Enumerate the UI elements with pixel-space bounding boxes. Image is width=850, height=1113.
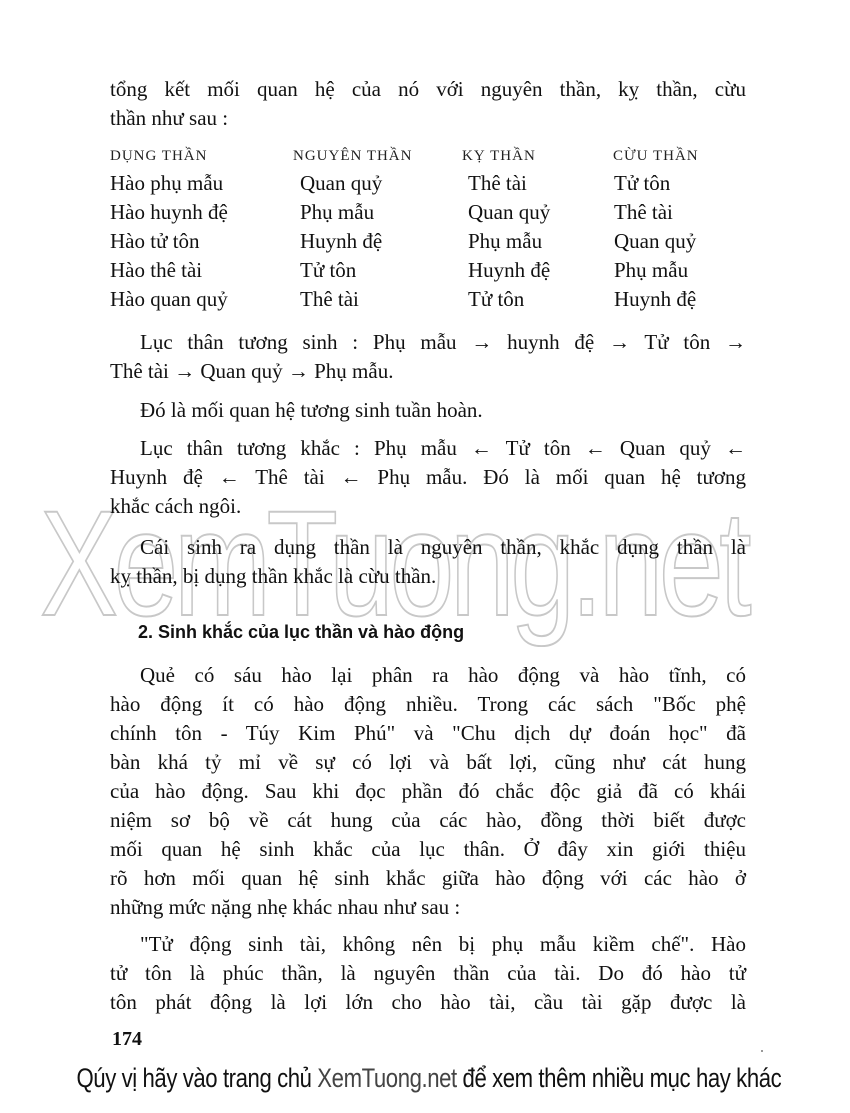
table-cell: Thê tài <box>614 200 673 225</box>
text-line: Quẻ có sáu hào lại phân ra hào động và h… <box>110 661 746 690</box>
table-cell: Hào tử tôn <box>110 229 200 254</box>
text-line: của hào động. Sau khi đọc phần đó chắc đ… <box>110 777 746 806</box>
paragraph-tuong-sinh: Lục thân tương sinh : Phụ mẫu → huynh đệ… <box>110 328 746 386</box>
table-cell: Tử tôn <box>468 287 524 312</box>
table-cell: Huynh đệ <box>468 258 550 283</box>
table-header: DỤNG THẦN <box>110 148 207 165</box>
section-heading: 2. Sinh khắc của lục thần và hào động <box>138 622 464 643</box>
text-line: chính tôn - Túy Kim Phú" và "Chu dịch dự… <box>110 719 746 748</box>
table-cell: Phụ mẫu <box>468 229 542 254</box>
text-line: niệm sơ bộ về cát hung của các hào, đồng… <box>110 806 746 835</box>
footer-banner: Qúy vị hãy vào trang chủ XemTuong.net để… <box>77 1063 774 1094</box>
text-line: hào động ít có hào động nhiều. Trong các… <box>110 690 746 719</box>
text-line: "Tử động sinh tài, không nên bị phụ mẫu … <box>110 930 746 959</box>
text-line: Huynh đệ ← Thê tài ← Phụ mẫu. Đó là mối … <box>110 463 746 492</box>
text-line: Đó là mối quan hệ tương sinh tuần hoàn. <box>110 396 746 425</box>
footer-site-link[interactable]: XemTuong.net <box>317 1063 456 1093</box>
paragraph-cai-sinh: Cái sinh ra dụng thần là nguyên thần, kh… <box>110 533 746 591</box>
book-page: XemTuong.net tổng kết mối quan hệ của nó… <box>0 0 850 1113</box>
table-cell: Quan quỷ <box>300 171 382 196</box>
text-line: mối quan hệ sinh khắc của lục thân. Ở đâ… <box>110 835 746 864</box>
table-cell: Tử tôn <box>300 258 356 283</box>
table-cell: Quan quỷ <box>468 200 550 225</box>
paragraph-que: Quẻ có sáu hào lại phân ra hào động và h… <box>110 661 746 922</box>
table-cell: Quan quỷ <box>614 229 696 254</box>
text-line: Thê tài → Quan quỷ → Phụ mẫu. <box>110 357 746 386</box>
paragraph-tu-dong: "Tử động sinh tài, không nên bị phụ mẫu … <box>110 930 746 1017</box>
table-cell: Huynh đệ <box>300 229 382 254</box>
text-line: Lục thân tương sinh : Phụ mẫu → huynh đệ… <box>110 328 746 357</box>
intro-paragraph: tổng kết mối quan hệ của nó với nguyên t… <box>110 75 746 133</box>
table-header: CỪU THẦN <box>613 148 699 165</box>
table-cell: Phụ mẫu <box>614 258 688 283</box>
table-cell: Tử tôn <box>614 171 670 196</box>
text-line: kỵ thần, bị dụng thần khắc là cừu thần. <box>110 562 746 591</box>
text-line: bàn khá tỷ mỉ về sự có lợi và bất lợi, c… <box>110 748 746 777</box>
table-cell: Hào quan quỷ <box>110 287 228 312</box>
table-cell: Thê tài <box>300 287 359 312</box>
text-line: những mức nặng nhẹ khác nhau như sau : <box>110 893 746 922</box>
text-line: khắc cách ngôi. <box>110 492 746 521</box>
text-line: Lục thân tương khắc : Phụ mẫu ← Tử tôn ←… <box>110 434 746 463</box>
text-line: thần như sau : <box>110 104 746 133</box>
table-cell: Thê tài <box>468 171 527 196</box>
table-cell: Huynh đệ <box>614 287 696 312</box>
scan-speck <box>761 1050 763 1052</box>
text-line: tôn phát động là lợi lớn cho hào tài, cầ… <box>110 988 746 1017</box>
table-cell: Hào phụ mẫu <box>110 171 223 196</box>
footer-text-before: Qúy vị hãy vào trang chủ <box>77 1063 318 1093</box>
text-line: tổng kết mối quan hệ của nó với nguyên t… <box>110 75 746 104</box>
paragraph-tuan-hoan: Đó là mối quan hệ tương sinh tuần hoàn. <box>110 396 746 425</box>
table-cell: Phụ mẫu <box>300 200 374 225</box>
table-cell: Hào thê tài <box>110 258 202 283</box>
text-line: rõ hơn mối quan hệ sinh khắc giữa hào độ… <box>110 864 746 893</box>
table-cell: Hào huynh đệ <box>110 200 228 225</box>
text-line: Cái sinh ra dụng thần là nguyên thần, kh… <box>110 533 746 562</box>
text-line: tử tôn là phúc thần, là nguyên thần của … <box>110 959 746 988</box>
page-number: 174 <box>112 1028 142 1051</box>
table-header: NGUYÊN THẦN <box>293 148 412 165</box>
paragraph-tuong-khac: Lục thân tương khắc : Phụ mẫu ← Tử tôn ←… <box>110 434 746 521</box>
footer-text-after: để xem thêm nhiều mục hay khác <box>457 1063 781 1093</box>
table-header: KỴ THẦN <box>462 148 536 165</box>
